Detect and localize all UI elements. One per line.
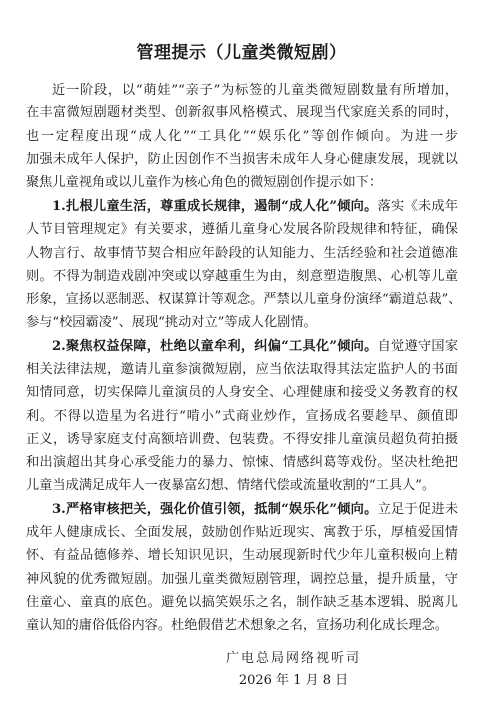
section-3-heading: 3.严格审核把关，强化价值引领，抵制“娱乐化”倾向。 — [52, 502, 378, 517]
section-3-text: 立足于促进未 — [378, 502, 458, 517]
intro-line: 近一阶段，以“萌娃”“亲子”为标签的儿童类微短剧数量有所增加， — [52, 80, 458, 102]
section-1-line: 则。不得为制造戏剧冲突或以穿越重生为由，刻意塑造腹黑、心机等儿童 — [26, 266, 458, 288]
intro-line: 在丰富微短剧题材类型、创新叙事风格模式、展现当代家庭关系的同时， — [26, 102, 458, 124]
section-3-line: 童认知的庸俗低俗内容。杜绝假借艺术想象之名，宣扬功利化成长理念。 — [26, 615, 458, 637]
intro-line: 聚焦儿童视角或以儿童作为核心角色的微短剧创作提示如下： — [26, 172, 458, 194]
section-1-text: 落实《未成年 — [378, 199, 458, 214]
section-2-heading: 2.聚焦权益保障，杜绝以童牟利，纠偏“工具化”倾向。 — [52, 339, 378, 354]
section-2-line: 相关法律法规，邀请儿童参演微短剧，应当依法取得其法定监护人的书面 — [26, 359, 458, 381]
section-2-first-line: 2.聚焦权益保障，杜绝以童牟利，纠偏“工具化”倾向。自觉遵守国家 — [52, 336, 458, 358]
signature-date: 2026 年 1 月 8 日 — [52, 669, 483, 688]
section-1-heading: 1.扎根儿童生活，尊重成长规律，遏制“成人化”倾向。 — [52, 199, 378, 214]
section-1-line: 形象，宣扬以恶制恶、权谋算计等观念。严禁以儿童身份演绎“霸道总裁”、 — [26, 289, 458, 311]
section-1-first-line: 1.扎根儿童生活，尊重成长规律，遏制“成人化”倾向。落实《未成年 — [52, 196, 458, 218]
section-2-text: 自觉遵守国家 — [378, 339, 458, 354]
section-2-line: 正义，诱导家庭支付高额培训费、包装费。不得安排儿童演员超负荷拍摄 — [26, 429, 458, 451]
section-2-line: 和出演超出其身心承受能力的暴力、惊悚、情感纠葛等戏份。坚决杜绝把 — [26, 452, 458, 474]
section-1-line: 人物言行、故事情节契合相应年龄段的认知能力、生活经验和社会道德准 — [26, 243, 458, 265]
intro-line: 也一定程度出现“成人化”“工具化”“娱乐化”等创作倾向。为进一步 — [26, 126, 458, 148]
section-3-line: 神风貌的优秀微短剧。加强儿童类微短剧管理，调控总量，提升质量，守 — [26, 569, 458, 591]
document-title: 管理提示（儿童类微短剧） — [0, 38, 483, 63]
section-3-first-line: 3.严格审核把关，强化价值引领，抵制“娱乐化”倾向。立足于促进未 — [52, 499, 458, 521]
section-3-line: 成年人健康成长、全面发展，鼓励创作贴近现实、寓教于乐，厚植爱国情 — [26, 522, 458, 544]
section-3-line: 住童心、童真的底色。避免以搞笑娱乐之名，制作缺乏基本逻辑、脱离儿 — [26, 592, 458, 614]
section-1-line: 人节目管理规定》有关要求，遵循儿童身心发展各阶段规律和特征，确保 — [26, 219, 458, 241]
section-2-line: 利。不得以造星为名进行“啃小”式商业炒作，宣扬成名要趁早、颜值即 — [26, 406, 458, 428]
section-3-line: 怀、有益品德修养、增长知识见识，生动展现新时代少年儿童积极向上精 — [26, 545, 458, 567]
section-2-line: 儿童当成满足成年人一夜暴富幻想、情绪代偿或流量收割的“工具人”。 — [26, 475, 458, 497]
section-1-line: 参与“校园霸凌”、展现“挑动对立”等成人化剧情。 — [26, 312, 458, 334]
section-2-line: 知情同意，切实保障儿童演员的人身安全、心理健康和接受义务教育的权 — [26, 382, 458, 404]
signature-organization: 广电总局网络视听司 — [52, 647, 483, 666]
intro-line: 加强未成年人保护，防止因创作不当损害未成年人身心健康发展，现就以 — [26, 149, 458, 171]
